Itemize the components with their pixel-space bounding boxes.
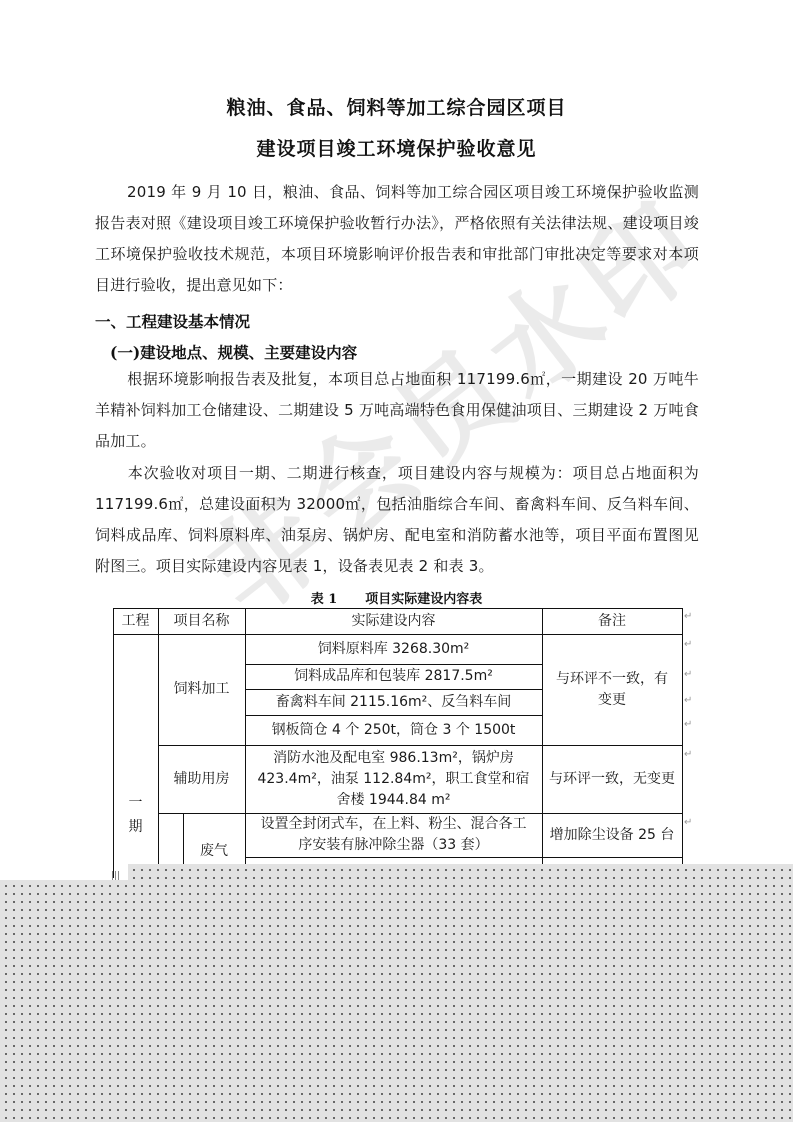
table-cell-remark: 与环评不一致，有变更 bbox=[542, 634, 682, 745]
table-header-project: 工程 bbox=[113, 608, 158, 634]
document-page: 非会员水印 粮油、食品、饲料等加工综合园区项目 建设项目竣工环境保护验收意见 2… bbox=[0, 0, 793, 1122]
paragraph-mark-icon: ↵ bbox=[684, 670, 692, 680]
paragraph-mark-icon: ↵ bbox=[684, 612, 692, 622]
paragraph-mark-icon: ↵ bbox=[684, 750, 692, 760]
table-cell-content: 消防水池及配电室 986.13m²，锅炉房 423.4m²，油泵 112.84m… bbox=[245, 745, 542, 813]
paragraph-mark-icon: ↵ bbox=[684, 818, 692, 828]
phase-label: 一 期 bbox=[113, 785, 158, 845]
table-header-actual-content: 实际建设内容 bbox=[245, 608, 542, 634]
table-cell-content: 钢板筒仓 4 个 250t，筒仓 3 个 1500t bbox=[245, 715, 542, 745]
table-cell-content: 设置全封闭式车，在上料、粉尘、混合各工序安装有脉冲除尘器（33 套） bbox=[245, 813, 542, 857]
table-cell-remark: 增加除尘设备 25 台 bbox=[542, 813, 682, 857]
table-cell-content: 畜禽料车间 2115.16m²、反刍料车间 bbox=[245, 689, 542, 715]
table-cell-remark: 与环评一致，无变更 bbox=[542, 745, 682, 813]
table-header-remarks: 备注 bbox=[542, 608, 682, 634]
table-cell-content: 饲料原料库 3268.30m² bbox=[245, 634, 542, 664]
table-cell-content: 饲料成品库和包装库 2817.5m² bbox=[245, 664, 542, 689]
paragraph-mark-icon: ↵ bbox=[684, 720, 692, 730]
group-name-exhaust-gas: 废气 bbox=[183, 838, 245, 864]
paragraph-mark-icon: ↵ bbox=[684, 640, 692, 650]
dotted-overlay bbox=[128, 864, 793, 1122]
group-name-feed-processing: 饲料加工 bbox=[158, 634, 245, 745]
dotted-overlay bbox=[0, 880, 128, 1122]
paragraph-mark-icon: ↵ bbox=[684, 696, 692, 706]
table-header-item-name: 项目名称 bbox=[158, 608, 245, 634]
fragment-mark bbox=[112, 871, 120, 880]
group-name-auxiliary-buildings: 辅助用房 bbox=[158, 745, 245, 813]
